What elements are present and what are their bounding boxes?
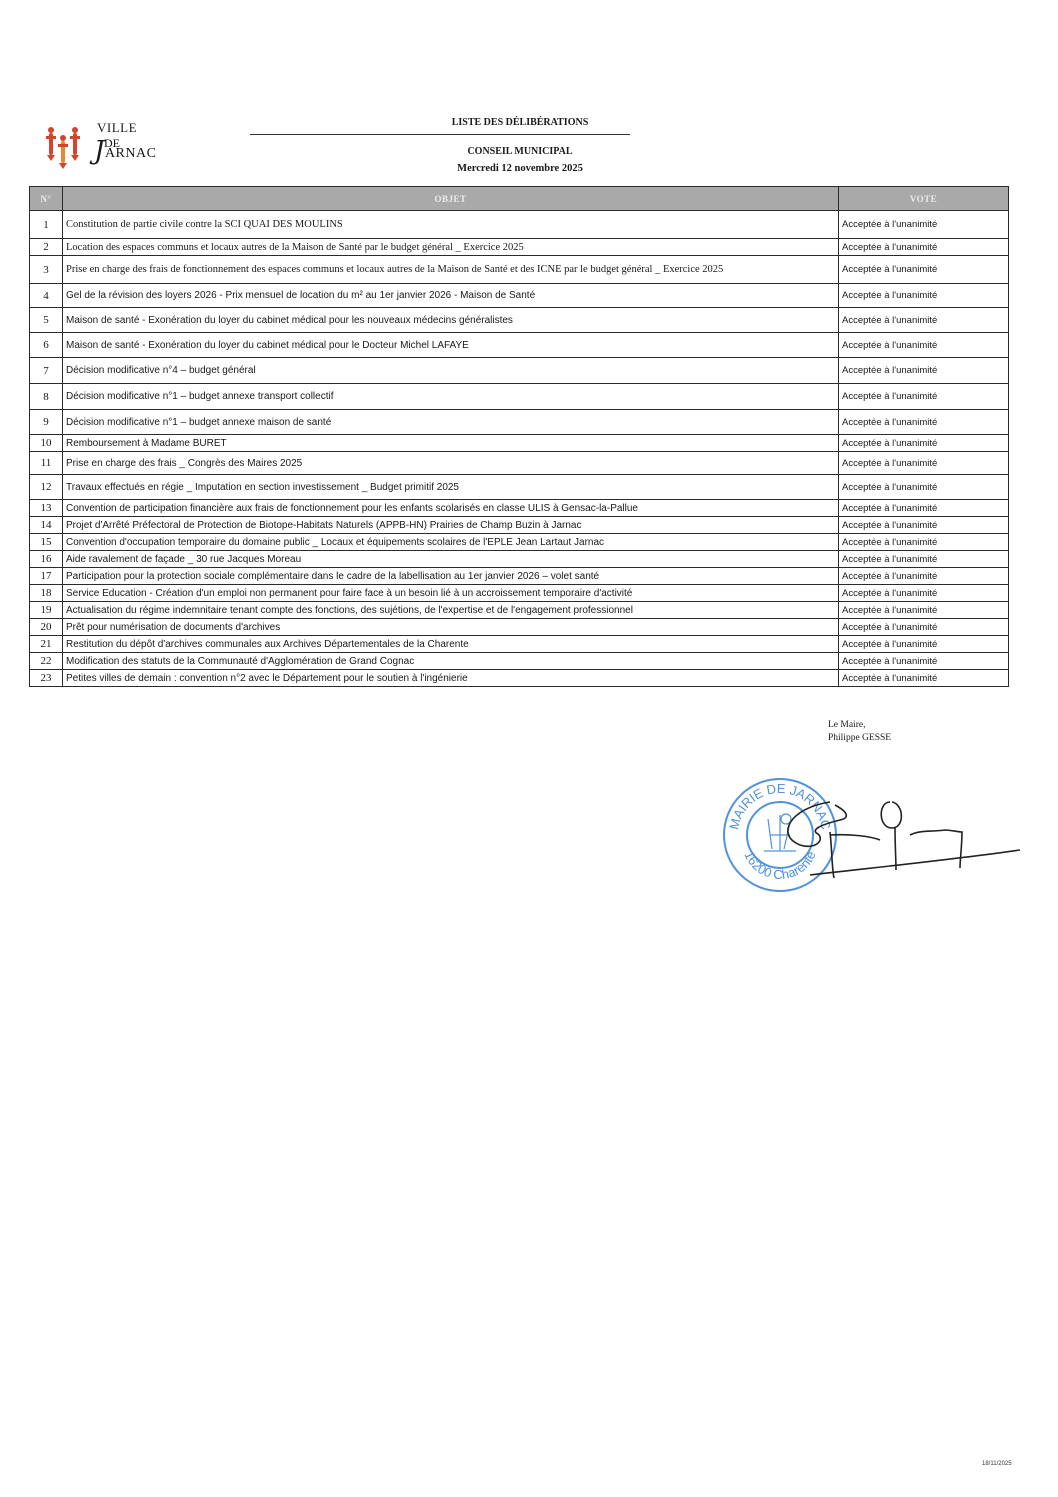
table-row: 21Restitution du dépôt d'archives commun…: [30, 636, 1009, 653]
deliberation-number: 16: [30, 551, 63, 568]
header-num: N°: [30, 187, 63, 211]
jarnac-figures-icon: [44, 124, 86, 172]
deliberation-object: Décision modificative n°4 – budget génér…: [63, 358, 839, 384]
deliberation-object: Service Education - Création d'un emploi…: [63, 585, 839, 602]
city-logo: VILLE DE JARNAC: [44, 118, 164, 178]
deliberation-object: Décision modificative n°1 – budget annex…: [63, 384, 839, 410]
vote-result: Acceptée à l'unanimité: [839, 568, 1009, 585]
table-row: 14Projet d'Arrêté Préfectoral de Protect…: [30, 517, 1009, 534]
table-row: 19Actualisation du régime indemnitaire t…: [30, 602, 1009, 619]
meeting-date: Mercredi 12 novembre 2025: [250, 163, 790, 174]
deliberation-object: Location des espaces communs et locaux a…: [63, 239, 839, 256]
deliberation-number: 6: [30, 333, 63, 358]
deliberation-object: Prise en charge des frais de fonctionnem…: [63, 256, 839, 284]
logo-jarnac: JARNAC: [94, 146, 156, 162]
deliberation-number: 4: [30, 284, 63, 308]
mayor-signature-icon: [770, 790, 1030, 890]
table-row: 16Aide ravalement de façade _ 30 rue Jac…: [30, 551, 1009, 568]
deliberation-object: Restitution du dépôt d'archives communal…: [63, 636, 839, 653]
table-row: 17Participation pour la protection socia…: [30, 568, 1009, 585]
vote-result: Acceptée à l'unanimité: [839, 452, 1009, 475]
deliberation-object: Aide ravalement de façade _ 30 rue Jacqu…: [63, 551, 839, 568]
vote-result: Acceptée à l'unanimité: [839, 653, 1009, 670]
table-row: 6Maison de santé - Exonération du loyer …: [30, 333, 1009, 358]
table-row: 1Constitution de partie civile contre la…: [30, 211, 1009, 239]
table-row: 15Convention d'occupation temporaire du …: [30, 534, 1009, 551]
deliberation-number: 19: [30, 602, 63, 619]
table-row: 11Prise en charge des frais _ Congrès de…: [30, 452, 1009, 475]
mayor-name: Philippe GESSE: [828, 732, 891, 745]
vote-result: Acceptée à l'unanimité: [839, 475, 1009, 500]
table-row: 18Service Education - Création d'un empl…: [30, 585, 1009, 602]
vote-result: Acceptée à l'unanimité: [839, 585, 1009, 602]
vote-result: Acceptée à l'unanimité: [839, 333, 1009, 358]
table-row: 10Remboursement à Madame BURETAcceptée à…: [30, 435, 1009, 452]
vote-result: Acceptée à l'unanimité: [839, 435, 1009, 452]
deliberation-object: Participation pour la protection sociale…: [63, 568, 839, 585]
table-header-row: N° OBJET VOTE: [30, 187, 1009, 211]
deliberation-number: 2: [30, 239, 63, 256]
deliberation-object: Maison de santé - Exonération du loyer d…: [63, 308, 839, 333]
vote-result: Acceptée à l'unanimité: [839, 619, 1009, 636]
deliberation-number: 15: [30, 534, 63, 551]
deliberation-number: 11: [30, 452, 63, 475]
deliberation-object: Gel de la révision des loyers 2026 - Pri…: [63, 284, 839, 308]
table-row: 8Décision modificative n°1 – budget anne…: [30, 384, 1009, 410]
vote-result: Acceptée à l'unanimité: [839, 384, 1009, 410]
vote-result: Acceptée à l'unanimité: [839, 284, 1009, 308]
table-row: 20Prêt pour numérisation de documents d'…: [30, 619, 1009, 636]
deliberation-object: Petites villes de demain : convention n°…: [63, 670, 839, 687]
deliberation-number: 10: [30, 435, 63, 452]
table-row: 3Prise en charge des frais de fonctionne…: [30, 256, 1009, 284]
footer-date: 18/11/2025: [982, 1461, 1012, 1467]
council-subtitle: CONSEIL MUNICIPAL: [250, 146, 790, 157]
table-row: 5Maison de santé - Exonération du loyer …: [30, 308, 1009, 333]
deliberation-object: Convention de participation financière a…: [63, 500, 839, 517]
deliberation-number: 20: [30, 619, 63, 636]
vote-result: Acceptée à l'unanimité: [839, 256, 1009, 284]
vote-result: Acceptée à l'unanimité: [839, 670, 1009, 687]
deliberation-number: 17: [30, 568, 63, 585]
deliberation-number: 22: [30, 653, 63, 670]
table-row: 22Modification des statuts de la Communa…: [30, 653, 1009, 670]
mayor-block: Le Maire, Philippe GESSE: [828, 719, 891, 745]
vote-result: Acceptée à l'unanimité: [839, 517, 1009, 534]
table-row: 23Petites villes de demain : convention …: [30, 670, 1009, 687]
deliberation-object: Constitution de partie civile contre la …: [63, 211, 839, 239]
vote-result: Acceptée à l'unanimité: [839, 500, 1009, 517]
table-row: 2Location des espaces communs et locaux …: [30, 239, 1009, 256]
deliberation-object: Prêt pour numérisation de documents d'ar…: [63, 619, 839, 636]
deliberation-object: Modification des statuts de la Communaut…: [63, 653, 839, 670]
deliberation-object: Prise en charge des frais _ Congrès des …: [63, 452, 839, 475]
deliberation-number: 12: [30, 475, 63, 500]
deliberation-object: Convention d'occupation temporaire du do…: [63, 534, 839, 551]
deliberation-number: 23: [30, 670, 63, 687]
header-vote: VOTE: [839, 187, 1009, 211]
logo-ville: VILLE: [97, 120, 137, 136]
deliberations-table: N° OBJET VOTE 1Constitution de partie ci…: [29, 186, 1009, 687]
header-object: OBJET: [63, 187, 839, 211]
deliberation-number: 14: [30, 517, 63, 534]
document-title: LISTE DES DÉLIBÉRATIONS: [250, 117, 790, 128]
table-row: 12Travaux effectués en régie _ Imputatio…: [30, 475, 1009, 500]
vote-result: Acceptée à l'unanimité: [839, 551, 1009, 568]
vote-result: Acceptée à l'unanimité: [839, 211, 1009, 239]
deliberation-number: 8: [30, 384, 63, 410]
mayor-role: Le Maire,: [828, 719, 891, 732]
deliberation-object: Remboursement à Madame BURET: [63, 435, 839, 452]
table-row: 9Décision modificative n°1 – budget anne…: [30, 410, 1009, 435]
deliberation-object: Décision modificative n°1 – budget annex…: [63, 410, 839, 435]
title-divider: [250, 134, 630, 135]
deliberation-object: Actualisation du régime indemnitaire ten…: [63, 602, 839, 619]
table-row: 4Gel de la révision des loyers 2026 - Pr…: [30, 284, 1009, 308]
vote-result: Acceptée à l'unanimité: [839, 308, 1009, 333]
deliberation-object: Maison de santé - Exonération du loyer d…: [63, 333, 839, 358]
vote-result: Acceptée à l'unanimité: [839, 239, 1009, 256]
deliberation-number: 1: [30, 211, 63, 239]
deliberation-object: Projet d'Arrêté Préfectoral de Protectio…: [63, 517, 839, 534]
vote-result: Acceptée à l'unanimité: [839, 410, 1009, 435]
deliberation-number: 18: [30, 585, 63, 602]
vote-result: Acceptée à l'unanimité: [839, 358, 1009, 384]
deliberation-number: 3: [30, 256, 63, 284]
deliberation-number: 21: [30, 636, 63, 653]
deliberation-number: 5: [30, 308, 63, 333]
vote-result: Acceptée à l'unanimité: [839, 636, 1009, 653]
table-row: 7Décision modificative n°4 – budget géné…: [30, 358, 1009, 384]
deliberation-number: 7: [30, 358, 63, 384]
deliberation-object: Travaux effectués en régie _ Imputation …: [63, 475, 839, 500]
deliberation-number: 9: [30, 410, 63, 435]
vote-result: Acceptée à l'unanimité: [839, 602, 1009, 619]
table-row: 13Convention de participation financière…: [30, 500, 1009, 517]
deliberation-number: 13: [30, 500, 63, 517]
vote-result: Acceptée à l'unanimité: [839, 534, 1009, 551]
